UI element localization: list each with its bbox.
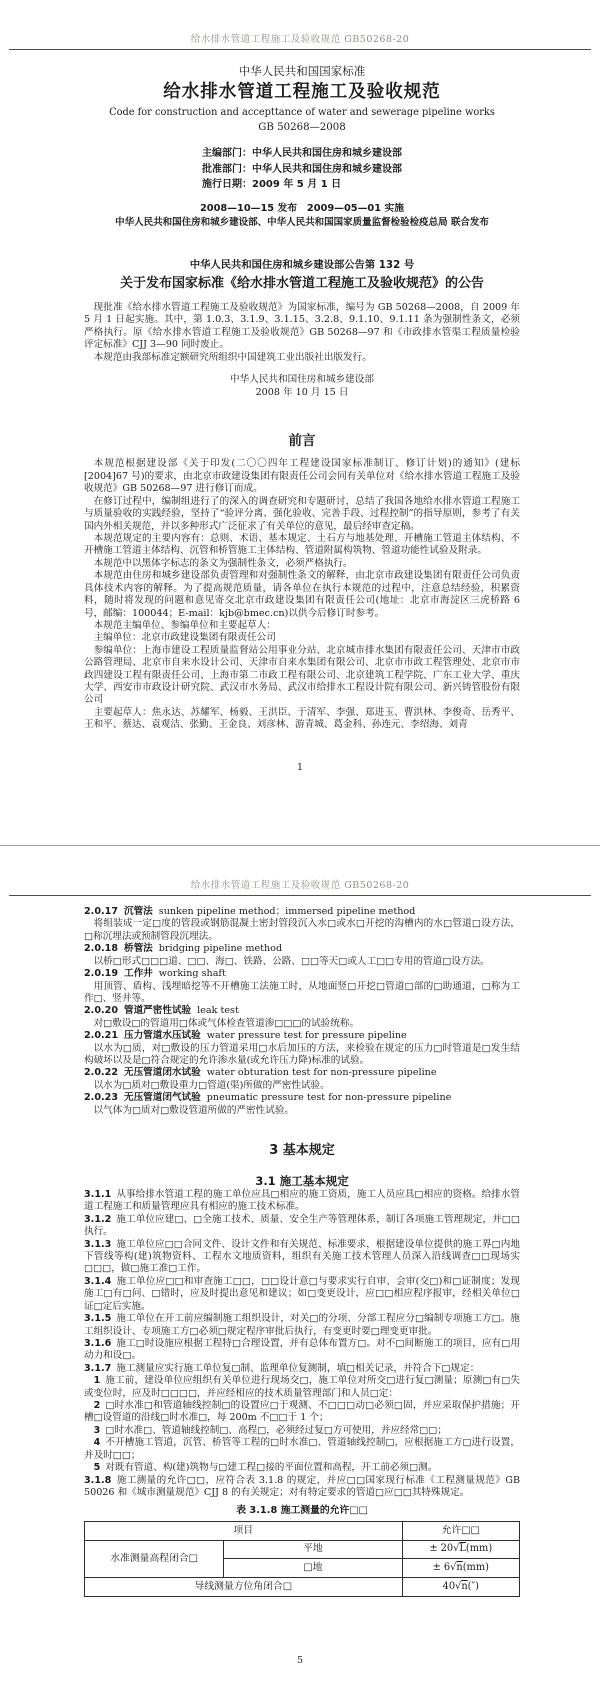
standard-code: GB 50268—2008: [84, 121, 520, 134]
clause: 3.1.8施工测量的允许□□，应符合表 3.1.8 的规定，并应□□国家现行标准…: [84, 1475, 520, 1500]
document-page-1: 给水排水管道工程施工及验收规范 GB50268-20 中华人民共和国国家标准 给…: [0, 0, 600, 845]
clause-subitem: 3□时水准□、管道轴线控制□、高程□，必须经过复□方可使用，并应经常□□；: [84, 1425, 520, 1437]
header-rule: [9, 895, 591, 896]
term-definition: 以气体为□质对□敷设管道所做的严密性试验。: [84, 1105, 520, 1117]
foreword-paragraph: 本规范由住房和城乡建设部负责管理和对强制性条文的解释，由北京市政建设集团有限责任…: [84, 570, 520, 620]
term-heading: 2.0.20管道严密性试验leak test: [84, 1005, 520, 1017]
foreword-paragraph: 本规范规定的主要内容有：总则、术语、基本规定、土石方与地基处理、开槽施工管道主体…: [84, 533, 520, 558]
section-heading: 3.1 施工基本规定: [84, 1174, 520, 1189]
term-definition: 以水为□质对□敷设重力□管道(渠)所做的严密性试验。: [84, 1080, 520, 1092]
term-heading: 2.0.23无压管道闭气试验pneumatic pressure test fo…: [84, 1092, 520, 1104]
term-definition: 以水为□质，对□敷设的压力管道采用□水后加压的方法，来检验在规定的压力□时管道是…: [84, 1043, 520, 1068]
document-title-zh: 给水排水管道工程施工及验收规范: [84, 81, 520, 104]
header-rule: [9, 49, 591, 50]
announcement-title: 关于发布国家标准《给水排水管道工程施工及验收规范》的公告: [84, 276, 520, 293]
chief-edit-department: 主编部门：中华人民共和国住房和城乡建设部: [202, 146, 402, 162]
chapter-heading: 3 基本规定: [84, 1143, 520, 1160]
term-heading: 2.0.18桥管法bridging pipeline method: [84, 943, 520, 955]
foreword-paragraph: 参编单位：上海市建设工程质量监督站公用事业分站、北京城市排水集团有限责任公司、天…: [84, 645, 520, 707]
clause: 3.1.3施工单位应□□合同文件、设计文件和有关规范、标准要求，根据建设单位提供…: [84, 1239, 520, 1276]
foreword-paragraph: 本规范主编单位、参编单位和主要起草人：: [84, 620, 520, 632]
issue-implement-line: 2008—10—15 发布 2009—05—01 实施: [84, 203, 520, 216]
document-title-en: Code for construction and accepttance of…: [84, 107, 520, 120]
announcement-signer: 中华人民共和国住房和城乡建设部: [84, 374, 520, 386]
page-number: 1: [0, 762, 600, 773]
table-header-row: 项目 允许□□: [85, 1522, 520, 1541]
term-heading: 2.0.17沉管法sunken pipeline method；immersed…: [84, 906, 520, 918]
clause-subitem: 4不开槽施工管道，沉管、桥管等工程的□时水准□、管道轴线控制□，应根据施工方□进…: [84, 1437, 520, 1462]
table-cell-value: 40√n(″): [402, 1578, 519, 1597]
announcement-number: 中华人民共和国住房和城乡建设部公告第 132 号: [84, 259, 520, 272]
clauses-section: 3.1.1从事给排水管道工程的施工单位应具□相应的施工资质，施工人员应具□相应的…: [84, 1189, 520, 1500]
department-block: 主编部门：中华人民共和国住房和城乡建设部 批准部门：中华人民共和国住房和城乡建设…: [84, 146, 520, 193]
term-definition: 用顶管、盾构、浅埋暗挖等不开槽施工法施工时，从地面竖□开挖□管道□部的□助通道，…: [84, 981, 520, 1006]
table-title: 表 3.1.8 施工测量的允许□□: [84, 1505, 520, 1518]
term-definition: 对□敷设□的管道用□体或气体检查管道渗□□□的试验统称。: [84, 1018, 520, 1030]
table-cell-value: ± 6√n(mm): [402, 1559, 519, 1578]
clause: 3.1.1从事给排水管道工程的施工单位应具□相应的施工资质，施工人员应具□相应的…: [84, 1189, 520, 1214]
term-definition: 以桥□形式□□□道、□□、海□、铁路、公路、□□等天□或人工□□专用的管道□设方…: [84, 956, 520, 968]
foreword-paragraph: 在修订过程中，编制组进行了的深入的调查研究和专题研讨，总结了我国各地给水排水管道…: [84, 496, 520, 533]
running-header: 给水排水管道工程施工及验收规范 GB50268-20: [0, 0, 600, 45]
measurement-tolerance-table: 项目 允许□□ 水准测量高程闭合□ 平地 ± 20√L(mm) □地 ± 6√n…: [84, 1521, 520, 1597]
table-cell-group: 导线测量方位角闭合□: [85, 1578, 403, 1597]
page-number: 5: [0, 1655, 600, 1666]
standard-label: 中华人民共和国国家标准: [84, 64, 520, 79]
table-cell-sub: □地: [224, 1559, 402, 1578]
approval-department: 批准部门：中华人民共和国住房和城乡建设部: [202, 162, 402, 178]
announcement-date: 2008 年 10 月 15 日: [84, 387, 520, 399]
table-header-allowance: 允许□□: [402, 1522, 519, 1541]
foreword-body: 本规范根据建设部《关于印发(二〇〇四年工程建设国家标准制订、修订计划)的通知》(…: [84, 458, 520, 731]
joint-issue-line: 中华人民共和国住房和城乡建设部、中华人民共和国国家质量监督检验检疫总局 联合发布: [84, 217, 520, 229]
table-row: 水准测量高程闭合□ 平地 ± 20√L(mm): [85, 1540, 520, 1559]
effective-date: 施行日期：2009 年 5 月 1 日: [202, 177, 402, 193]
table-cell-value: ± 20√L(mm): [402, 1540, 519, 1559]
foreword-heading: 前言: [84, 433, 520, 450]
table-cell-group: 水准测量高程闭合□: [85, 1540, 224, 1577]
clause: 3.1.7施工测量应实行施工单位复□制、监理单位复测制，填□相关记录，并符合下□…: [84, 1363, 520, 1375]
table-row: 导线测量方位角闭合□ 40√n(″): [85, 1578, 520, 1597]
table-cell-sub: 平地: [224, 1540, 402, 1559]
clause-subitem: 2□时水准□和管道轴线控制□的设置应□于观测、不□□□动□必须□固，并应采取保护…: [84, 1400, 520, 1425]
clause: 3.1.5施工单位在开工前应编制施工组织设计，对关□的分项、分部工程应分□编制专…: [84, 1313, 520, 1338]
term-definition: 将组装成一定□度的管段或钢筋混凝土密封管段沉入水□或水□开挖的沟槽内的水□管道□…: [84, 918, 520, 943]
clause: 3.1.4施工单位应□□和审查施工□□，□□设计意□与要求实行自审、会审(交□)…: [84, 1276, 520, 1313]
announcement-paragraph: 现批准《给水排水管道工程施工及验收规范》为国家标准，编号为 GB 50268—2…: [84, 302, 520, 352]
term-heading: 2.0.21压力管道水压试验water pressure test for pr…: [84, 1030, 520, 1042]
foreword-paragraph: 本规范中以黑体字标志的条文为强制性条文，必须严格执行。: [84, 558, 520, 570]
term-heading: 2.0.19工作井working shaft: [84, 968, 520, 980]
clause-subitem: 1施工前，建设单位应组织有关单位进行现场交□，施工单位对所交□进行复□测量；原测…: [84, 1375, 520, 1400]
announcement-paragraph: 本规范由我部标准定额研究所组织中国建筑工业出版社出版发行。: [84, 352, 520, 364]
foreword-paragraph: 主编单位：北京市政建设集团有限责任公司: [84, 632, 520, 644]
table-header-item: 项目: [85, 1522, 403, 1541]
announcement-body: 现批准《给水排水管道工程施工及验收规范》为国家标准，编号为 GB 50268—2…: [84, 302, 520, 364]
document-page-2: 给水排水管道工程施工及验收规范 GB50268-20 2.0.17沉管法sunk…: [0, 845, 600, 1692]
clause: 3.1.6施工□时设施应根据工程特□合理设置，并有总体布置方□。对不□间断施工的…: [84, 1338, 520, 1363]
term-heading: 2.0.22无压管道闭水试验water obturation test for …: [84, 1067, 520, 1079]
foreword-paragraph: 主要起草人：焦永达、苏耀军、杨毅、王洪臣、于清军、李强、郑进玉、曹洪林、李俊奇、…: [84, 707, 520, 732]
terminology-section: 2.0.17沉管法sunken pipeline method；immersed…: [84, 906, 520, 1117]
running-header: 给水排水管道工程施工及验收规范 GB50268-20: [0, 846, 600, 891]
clause-subitem: 5对既有管道、构(建)筑物与□建工程□接的平面位置和高程，开工前必须□测。: [84, 1462, 520, 1474]
foreword-paragraph: 本规范根据建设部《关于印发(二〇〇四年工程建设国家标准制订、修订计划)的通知》(…: [84, 458, 520, 495]
clause: 3.1.2施工单位应建□、□全施工技术、质量、安全生产等管理体系，制订各项施工管…: [84, 1214, 520, 1239]
